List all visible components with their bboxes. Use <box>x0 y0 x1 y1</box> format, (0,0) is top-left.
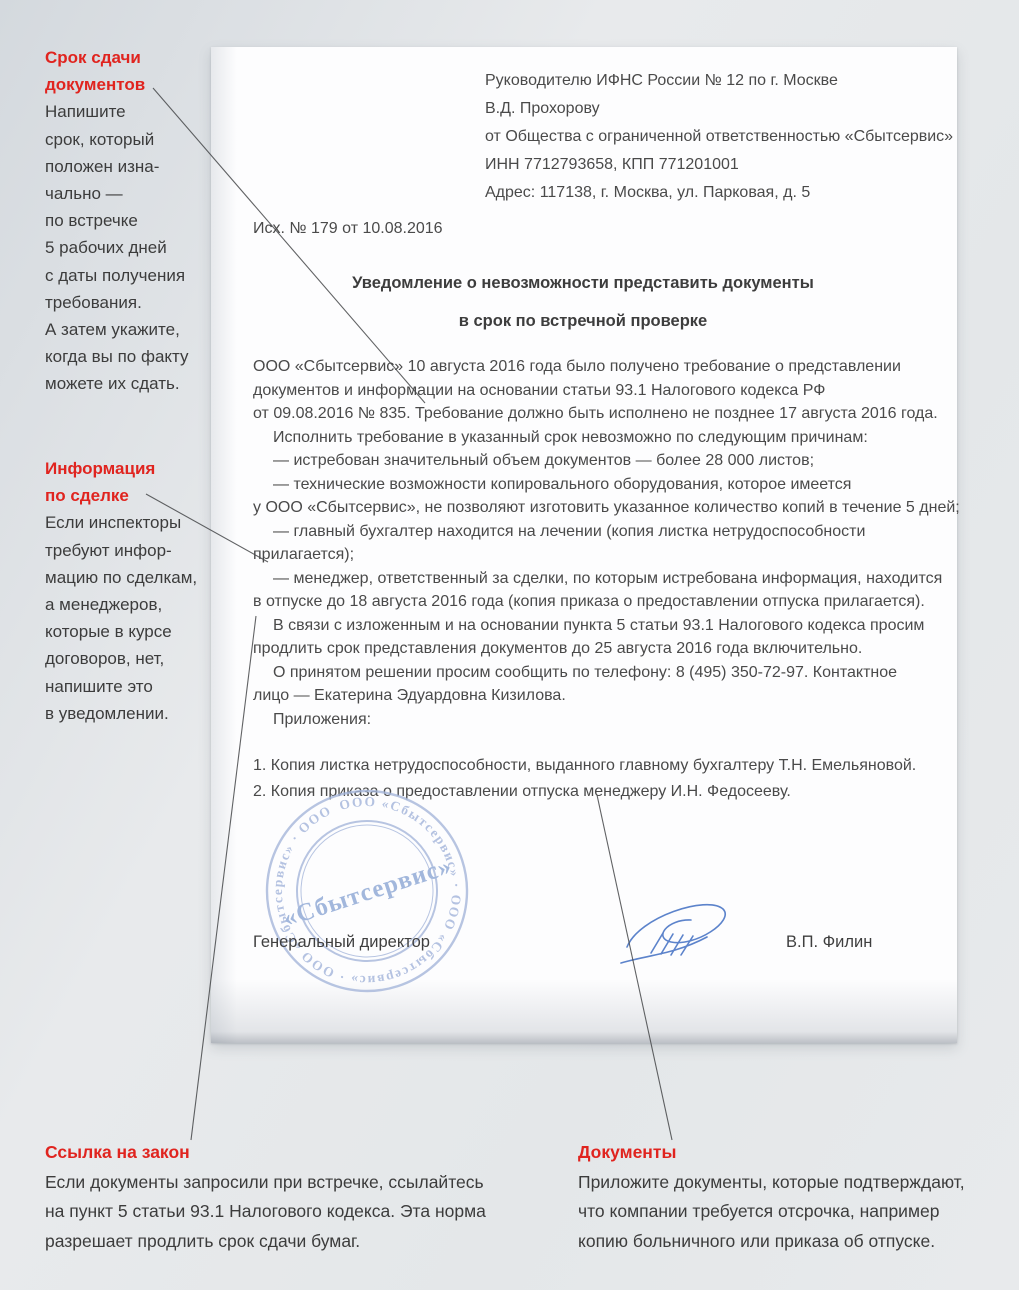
body-line: — менеджер, ответственный за сделки, по … <box>253 567 957 591</box>
annotation-text-line: договоров, нет, <box>45 645 197 672</box>
annotation-text-line: срок, который <box>45 126 189 153</box>
annotation-text-line: 5 рабочих дней <box>45 234 189 261</box>
annotation-text-line: Если инспекторы <box>45 509 197 536</box>
recipient-line: В.Д. Прохорову <box>485 95 953 123</box>
letter-title-line: Уведомление о невозможности представить … <box>233 264 933 302</box>
annotation-text-line: Напишите <box>45 98 189 125</box>
recipient-line: Адрес: 117138, г. Москва, ул. Парковая, … <box>485 179 953 207</box>
letter-title: Уведомление о невозможности представить … <box>233 264 933 340</box>
body-line: документов и информации на основании ста… <box>253 379 957 403</box>
annotation-text-line: напишите это <box>45 673 197 700</box>
annotation-deadline-title: документов <box>45 71 189 98</box>
body-line: ООО «Сбытсервис» 10 августа 2016 года бы… <box>253 355 957 379</box>
annotation-law-link: Ссылка на закон Если документы запросили… <box>45 1138 486 1256</box>
body-line: лицо — Екатерина Эдуардовна Кизилова. <box>253 684 957 708</box>
annotation-text-line: мацию по сделкам, <box>45 564 197 591</box>
annotation-documents: Документы Приложите документы, которые п… <box>578 1138 965 1256</box>
director-signature <box>617 893 737 971</box>
signer-position: Генеральный директор <box>253 933 430 952</box>
letter-body: ООО «Сбытсервис» 10 августа 2016 года бы… <box>253 355 957 708</box>
attachments-label: Приложения: <box>253 711 371 729</box>
annotation-text-line: на пункт 5 статьи 93.1 Налогового кодекс… <box>45 1197 486 1227</box>
annotation-text-line: что компании требуется отсрочка, наприме… <box>578 1197 965 1227</box>
body-line: продлить срок представления документов д… <box>253 637 957 661</box>
attachment-item: 1. Копия листка нетрудоспособности, выда… <box>253 753 916 779</box>
body-line: — технические возможности копировального… <box>253 473 957 497</box>
annotation-text-line: а менеджеров, <box>45 591 197 618</box>
annotation-text-line: требования. <box>45 289 189 316</box>
annotation-text-line: требуют инфор- <box>45 537 197 564</box>
annotation-text-line: когда вы по факту <box>45 343 189 370</box>
annotation-text-line: положен изна- <box>45 153 189 180</box>
annotation-deal-info-title: Информация <box>45 455 197 482</box>
body-line: Исполнить требование в указанный срок не… <box>253 426 957 450</box>
annotation-text-line: Приложите документы, которые подтверждаю… <box>578 1168 965 1198</box>
annotation-text-line: Если документы запросили при встречке, с… <box>45 1168 486 1198</box>
page-background: Руководителю ИФНС России № 12 по г. Моск… <box>0 0 1019 1290</box>
annotation-deal-info: Информация по сделке Если инспекторы тре… <box>45 455 197 727</box>
annotation-deadline: Срок сдачи документов Напишите срок, кот… <box>45 44 189 398</box>
recipient-line: ИНН 7712793658, КПП 771201001 <box>485 151 953 179</box>
annotation-text-line: чально — <box>45 180 189 207</box>
body-line: О принятом решении просим сообщить по те… <box>253 661 957 685</box>
outgoing-reference: Исх. № 179 от 10.08.2016 <box>253 220 443 238</box>
annotation-text-line: разрешает продлить срок сдачи бумаг. <box>45 1227 486 1257</box>
annotation-deal-info-title: по сделке <box>45 482 197 509</box>
annotation-law-link-title: Ссылка на закон <box>45 1138 486 1168</box>
body-line: у ООО «Сбытсервис», не позволяют изготов… <box>253 496 957 520</box>
body-line: — главный бухгалтер находится на лечении… <box>253 520 957 544</box>
body-line: прилагается); <box>253 543 957 567</box>
annotation-text-line: которые в курсе <box>45 618 197 645</box>
body-line: от 09.08.2016 № 835. Требование должно б… <box>253 402 957 426</box>
annotation-text-line: в уведомлении. <box>45 700 197 727</box>
annotation-text-line: можете их сдать. <box>45 370 189 397</box>
body-line: — истребован значительный объем документ… <box>253 449 957 473</box>
annotation-text-line: по встречке <box>45 207 189 234</box>
recipient-line: от Общества с ограниченной ответственнос… <box>485 123 953 151</box>
body-line: в отпуске до 18 августа 2016 года (копия… <box>253 590 957 614</box>
body-line: В связи с изложенным и на основании пунк… <box>253 614 957 638</box>
annotation-text-line: с даты получения <box>45 262 189 289</box>
recipient-block: Руководителю ИФНС России № 12 по г. Моск… <box>485 67 953 207</box>
annotation-text-line: А затем укажите, <box>45 316 189 343</box>
signer-name: В.П. Филин <box>786 933 872 952</box>
annotation-documents-title: Документы <box>578 1138 965 1168</box>
annotation-text-line: копию больничного или приказа об отпуске… <box>578 1227 965 1257</box>
letter-sheet: Руководителю ИФНС России № 12 по г. Моск… <box>211 47 957 1043</box>
annotation-deadline-title: Срок сдачи <box>45 44 189 71</box>
letter-title-line: в срок по встречной проверке <box>233 302 933 340</box>
recipient-line: Руководителю ИФНС России № 12 по г. Моск… <box>485 67 953 95</box>
